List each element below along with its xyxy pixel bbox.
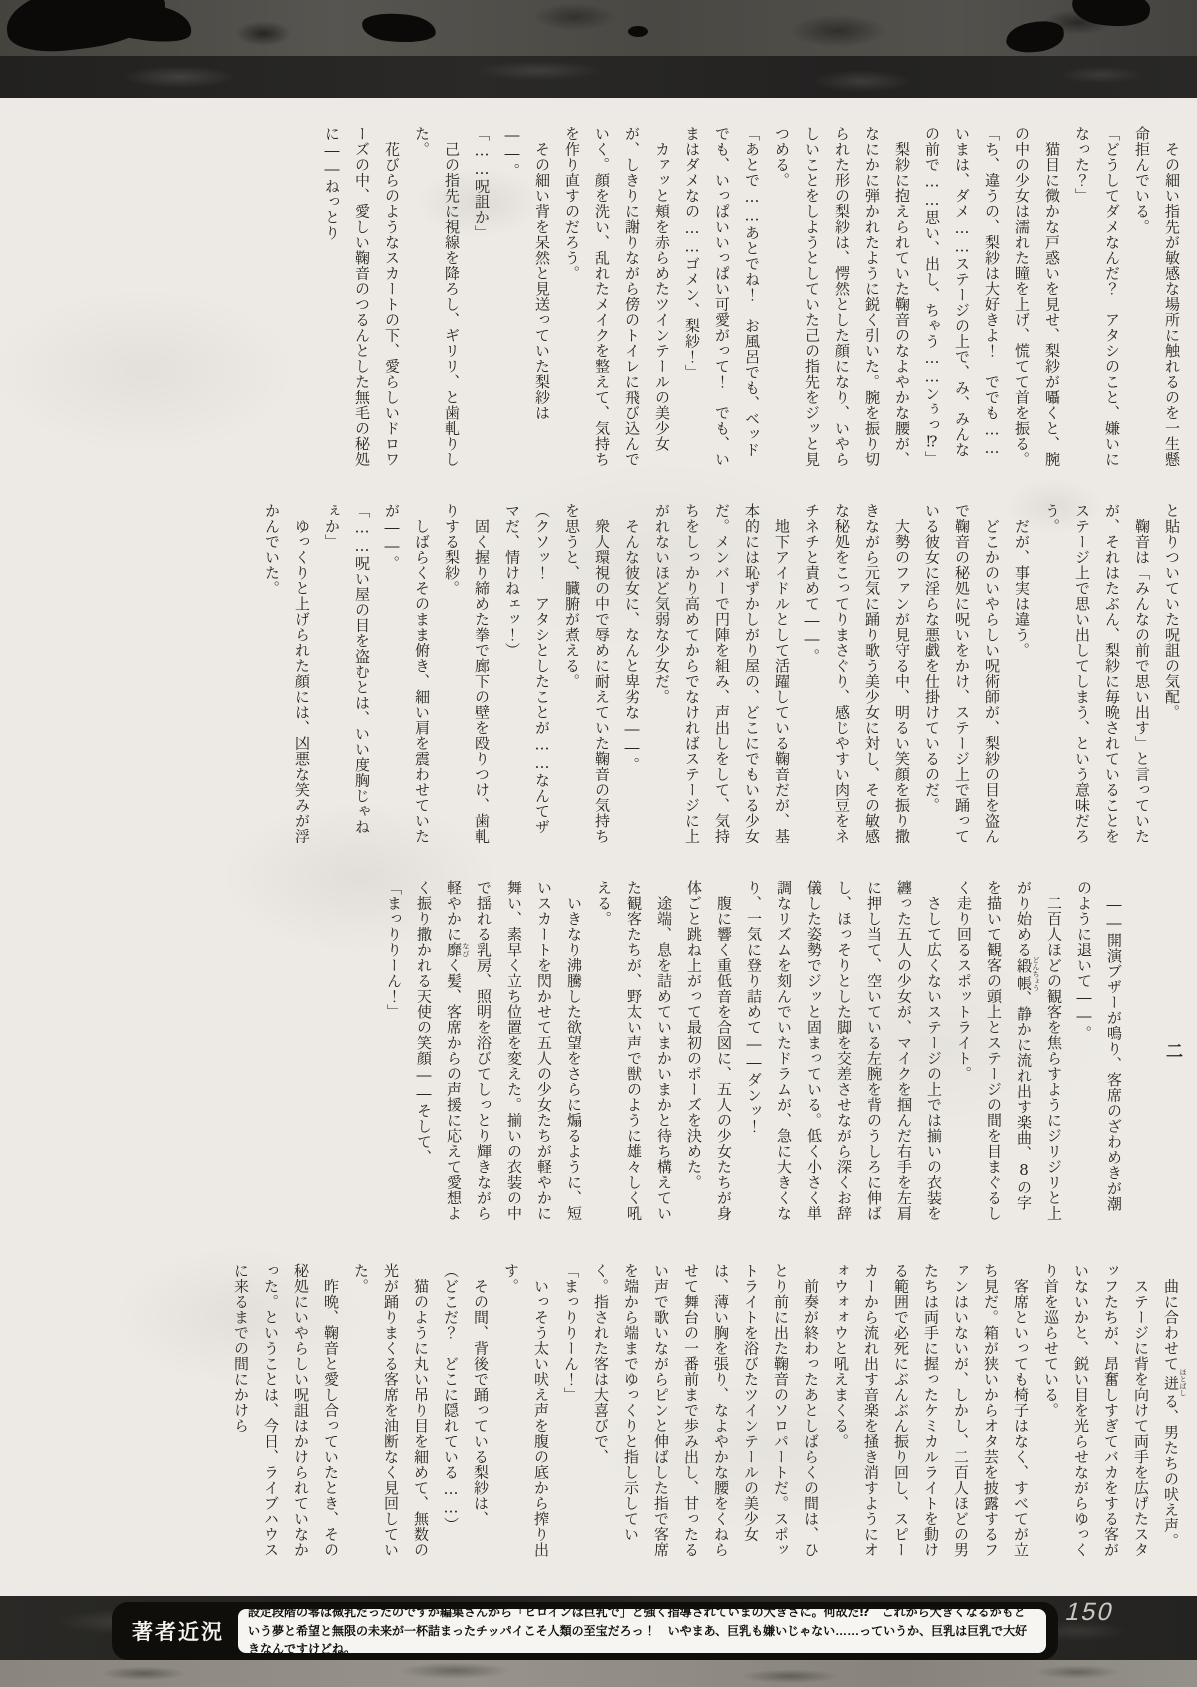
page-number: 150 [1062,1598,1117,1627]
novel-page: その細い指先が敏感な場所に触れるのを一生懸命拒んでいる。「どうしてダメなんだ？ … [0,0,1197,1687]
author-status-label: 著者近況 [124,1616,224,1646]
text-band-3: 二 ――開演ブザーが鳴り、客席のざわめきが潮のように退いて――。 二百人ほどの観… [108,880,1187,1222]
author-status-bar: 著者近況 設定段階の零は微乳だったのですが編集さんから「ヒロインは巨乳で」と強く… [112,1602,1058,1660]
ink-blob-icon [628,26,648,37]
header-grunge-strip [0,56,1197,98]
text-band-4: 曲に合わせて迸ほとばしる、男たちの吠え声。 ステージに背を向けて両手を広げたスタ… [108,1263,1187,1563]
text-band-1: その細い指先が敏感な場所に触れるのを一生懸命拒んでいる。「どうしてダメなんだ？ … [108,126,1187,470]
text-band-2: と貼りついていた呪詛の気配。 鞠音は「みんなの前で思い出す」と言っていたが、それ… [108,503,1187,847]
ink-blob-icon [1070,0,1153,31]
ink-blob-icon [361,11,437,45]
footer-grunge-edge [0,1660,1197,1687]
text-band-3-body: ――開演ブザーが鳴り、客席のざわめきが潮のように退いて――。 二百人ほどの観客を… [379,880,1129,1222]
chapter-number: 二 [1151,880,1187,1222]
ink-blob-icon [1005,19,1066,55]
header-grunge-band [0,0,1197,56]
author-status-text: 設定段階の零は微乳だったのですが編集さんから「ヒロインは巨乳で」と強く指導されて… [248,1609,1036,1653]
author-status-textbox: 設定段階の零は微乳だったのですが編集さんから「ヒロインは巨乳で」と強く指導されて… [238,1609,1046,1653]
